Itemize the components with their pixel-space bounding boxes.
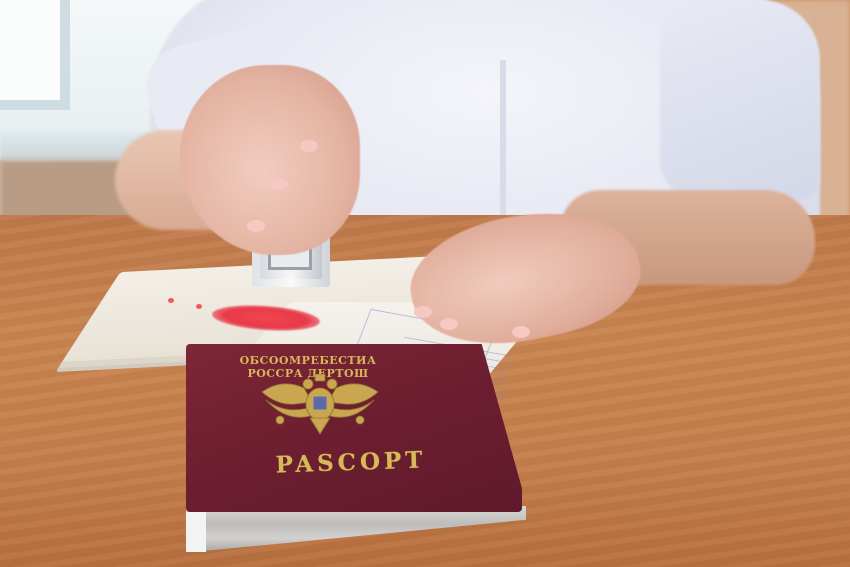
photo-scene: ОБСООМРЕБЕСТИА РОССРА ДЕРТОШ PASCOPT [0, 0, 850, 567]
fingernail [414, 306, 432, 318]
window-pane [0, 0, 70, 110]
double-headed-eagle-icon [252, 374, 388, 436]
passport-header-line-1: ОБСООМРЕБЕСТИА [228, 354, 388, 367]
fingernail [512, 326, 530, 338]
ink-speck [168, 298, 174, 303]
passport-pages-highlight [186, 512, 206, 552]
ink-speck [196, 304, 202, 309]
right-sleeve [660, 0, 820, 200]
fingernail [270, 178, 288, 190]
fingernail [300, 140, 318, 152]
fingernail [440, 318, 458, 330]
fingernail [247, 220, 265, 232]
